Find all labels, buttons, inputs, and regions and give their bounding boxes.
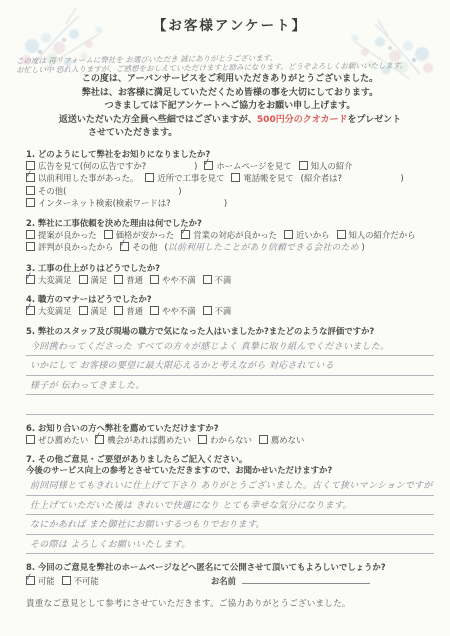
- checkbox-label: ぜひ薦めたい: [38, 435, 88, 445]
- question-options-row: 評判が良かったからその他(以前利用したことがあり信頼できる会社のため ): [26, 241, 434, 255]
- answer-line[interactable]: 様子が 伝わってきました。: [26, 378, 434, 396]
- question-options-row: 提案が良かった価格が安かった営業の対応が良かった近いから知人の紹介だから: [26, 229, 434, 242]
- page-title: 【お客様アンケート】: [26, 14, 434, 34]
- checkbox-label: インターネット検索(検索ワードは? ): [38, 198, 227, 208]
- checkbox-option-checked[interactable]: 以前利用した事があった。: [26, 172, 138, 185]
- question-options-row: 大変満足満足普通やや不満不満: [26, 274, 434, 287]
- checkbox-option-checked[interactable]: 営業の対応が良かった: [181, 229, 277, 242]
- intro-line1: この度は、アーバンサービスをご利用いただきありがとうございました。: [26, 73, 434, 87]
- question-block: 6. お知り合いの方へ弊社を薦めていただけますか?ぜひ薦めたい機会があれば薦めた…: [26, 423, 434, 447]
- checkbox-option[interactable]: やや不満: [150, 305, 196, 318]
- checkbox-icon: [26, 275, 35, 284]
- checkbox-icon: [26, 435, 35, 444]
- checkbox-option[interactable]: 評判が良かったから: [26, 241, 113, 254]
- checkbox-option[interactable]: 知人の紹介: [299, 160, 353, 173]
- question-block: 7. その他ご意見・ご要望がありましたらご記入ください。今後のサービス向上の参考…: [26, 454, 434, 554]
- answer-line[interactable]: 仕上げていただいた後は きれいで快適になり とても幸せな気分になります。: [26, 498, 434, 516]
- checkbox-label: 不満: [215, 306, 232, 316]
- intro-line4: 返送いただいた方全員へ些細ではございますが、500円分のクオカードをプレゼント: [26, 114, 434, 128]
- question-block: 1. どのようにして弊社をお知りになりましたか?広告を見て(何の広告ですか? )…: [26, 149, 434, 210]
- answer-line[interactable]: 前回同様とてもきれいに仕上げて下さり ありがとうございました。古くて狭いマンショ…: [26, 478, 434, 496]
- question-block: 2. 弊社に工事依頼を決めた理由は何でしたか?提案が良かった価格が安かった営業の…: [26, 218, 434, 255]
- checkbox-label: 満足: [91, 306, 108, 316]
- checkbox-option-checked[interactable]: 機会があれば薦めたい: [95, 434, 191, 447]
- handwritten-answer: 仕上げていただいた後は きれいで快適になり とても幸せな気分になります。: [30, 501, 352, 511]
- checkbox-label: 大変満足: [38, 275, 72, 285]
- checkbox-icon: [203, 306, 212, 315]
- checkbox-icon: [203, 275, 212, 284]
- checkbox-label: 可能: [38, 576, 55, 586]
- intro-line2: 弊社は、お客様に満足していただくため皆様の事を大切にしております。: [26, 87, 434, 101]
- checkbox-icon: [104, 230, 113, 239]
- checkbox-option[interactable]: 近所で工事を見て: [145, 172, 224, 185]
- checkbox-label: 機会があれば薦めたい: [107, 435, 191, 445]
- checkbox-option[interactable]: 不可能: [62, 575, 99, 588]
- question-options-row: 以前利用した事があった。近所で工事を見て電話帳を見て(紹介者は? ): [26, 172, 434, 185]
- checkbox-label: 評判が良かったから: [38, 242, 113, 252]
- handwritten-answer: 今回携わってくださった すべての方々が感じよく 真摯に取り組んでくださいました。: [30, 342, 389, 352]
- checkbox-option[interactable]: 不満: [203, 274, 232, 287]
- checkbox-icon: [145, 173, 154, 182]
- checkbox-option[interactable]: 広告を見て(何の広告ですか? ): [26, 160, 197, 173]
- name-field-label: お名前: [211, 576, 236, 586]
- checkbox-icon: [26, 242, 35, 251]
- handwritten-answer: いかにして お客様の要望に最大限応えるかと考えながら 対応されている: [30, 361, 334, 371]
- checkbox-option[interactable]: 普通: [114, 274, 143, 287]
- checkbox-option[interactable]: 価格が安かった: [104, 229, 175, 242]
- checkbox-label: 電話帳を見て: [243, 173, 293, 183]
- answer-line[interactable]: [26, 397, 434, 415]
- checkbox-label: 満足: [91, 275, 108, 285]
- checkbox-label: 近所で工事を見て: [157, 173, 224, 183]
- checkbox-label: やや不満: [162, 275, 196, 285]
- checkbox-option[interactable]: わからない: [198, 434, 252, 447]
- question-title: 3. 工事の仕上がりはどうでしたか?: [26, 263, 434, 274]
- answer-line[interactable]: なにかあれば また御社にお願いするつもりでおります。: [26, 517, 434, 535]
- handwritten-text: 以前利用したことがあり信頼できる会社のため: [168, 243, 359, 253]
- checkbox-option[interactable]: 普通: [114, 305, 143, 318]
- checkbox-icon: [114, 275, 123, 284]
- checkbox-label: 普通: [126, 275, 143, 285]
- question-block: 3. 工事の仕上がりはどうでしたか?大変満足満足普通やや不満不満: [26, 263, 434, 287]
- checkbox-label: 広告を見て(何の広告ですか? ): [38, 161, 197, 171]
- checkbox-label: 提案が良かった: [38, 230, 97, 240]
- checkbox-icon: [299, 161, 308, 170]
- checkbox-option[interactable]: 提案が良かった: [26, 229, 97, 242]
- checkbox-label: 近いから: [296, 230, 330, 240]
- checkbox-option-checked[interactable]: 大変満足: [26, 305, 72, 318]
- handwritten-answer: 様子が 伝わってきました。: [30, 381, 145, 391]
- handwritten-greeting: この度は 再リフォームに弊社を お選びいただき 誠にありがとうございます。 お忙…: [16, 51, 434, 74]
- answer-line[interactable]: いかにして お客様の要望に最大限応えるかと考えながら 対応されている: [26, 358, 434, 376]
- checkbox-icon: [79, 306, 88, 315]
- checkbox-option[interactable]: インターネット検索(検索ワードは? ): [26, 197, 227, 210]
- checkbox-option[interactable]: 近いから: [284, 229, 330, 242]
- intro-line3: つきましては下記アンケートへご協力をお願い申し上げます。: [26, 100, 434, 114]
- checkbox-label: やや不満: [162, 306, 196, 316]
- checkbox-icon: [26, 230, 35, 239]
- question-title: 7. その他ご意見・ご要望がありましたらご記入ください。: [26, 454, 434, 465]
- checkbox-icon: [337, 230, 346, 239]
- intro-paragraph: この度は、アーバンサービスをご利用いただきありがとうございました。 弊社は、お客…: [26, 73, 434, 141]
- printed-text: ): [359, 242, 365, 252]
- checkbox-icon: [181, 230, 190, 239]
- question-block: 8. 今回のご意見を弊社のホームページなどへ匿名にて公開させて頂いてもよろしいで…: [26, 562, 434, 588]
- checkbox-option-checked[interactable]: 可能: [26, 575, 55, 588]
- answer-line[interactable]: その際は よろしくお願いいたします。: [26, 537, 434, 555]
- question-options-row: 可能不可能お名前: [26, 573, 434, 588]
- checkbox-icon: [150, 275, 159, 284]
- checkbox-icon: [79, 275, 88, 284]
- question-title: 1. どのようにして弊社をお知りになりましたか?: [26, 149, 434, 160]
- question-subtitle: 今後のサービス向上の参考とさせていただきますので、お聞かせいただけますか?: [26, 465, 434, 476]
- checkbox-option-checked[interactable]: ホームページを見て: [204, 160, 291, 173]
- checkbox-icon: [26, 186, 35, 195]
- checkbox-label: 大変満足: [38, 306, 72, 316]
- present-line-post: をプレゼント: [347, 115, 401, 125]
- checkbox-option[interactable]: 電話帳を見て: [231, 172, 293, 185]
- checkbox-label: 薦めない: [271, 435, 305, 445]
- survey-scan-page: 【お客様アンケート】 この度は 再リフォームに弊社を お選びいただき 誠にありが…: [0, 0, 450, 636]
- checkbox-option[interactable]: やや不満: [150, 274, 196, 287]
- question-options-row: その他( ): [26, 185, 434, 198]
- checkbox-icon: [26, 198, 35, 207]
- checkbox-icon: [26, 173, 35, 182]
- checkbox-option-checked[interactable]: その他: [120, 241, 157, 254]
- checkbox-label: 営業の対応が良かった: [193, 230, 277, 240]
- checkbox-label: 不満: [215, 275, 232, 285]
- checkbox-label: ホームページを見て: [216, 161, 291, 171]
- checkbox-option[interactable]: 知人の紹介だから: [337, 229, 416, 242]
- checkbox-option[interactable]: 薦めない: [259, 434, 305, 447]
- question-block: 5. 弊社のスタッフ及び現場の職方で気になった人はいましたか?またどのような評価…: [26, 326, 434, 415]
- checkbox-label: その他: [132, 242, 157, 252]
- checkbox-icon: [114, 306, 123, 315]
- question-options-row: インターネット検索(検索ワードは? ): [26, 197, 434, 210]
- checkbox-option[interactable]: 満足: [79, 305, 108, 318]
- checkbox-label: 知人の紹介: [311, 161, 353, 171]
- checkbox-icon: [120, 242, 129, 251]
- checkbox-icon: [231, 173, 240, 182]
- checkbox-icon: [26, 576, 35, 585]
- checkbox-icon: [204, 161, 213, 170]
- quo-card-highlight: 500円分のクオカード: [257, 115, 348, 125]
- questions-section: 1. どのようにして弊社をお知りになりましたか?広告を見て(何の広告ですか? )…: [26, 149, 434, 588]
- checkbox-label: 普通: [126, 306, 143, 316]
- question-title: 5. 弊社のスタッフ及び現場の職方で気になった人はいましたか?またどのような評価…: [26, 326, 434, 337]
- checkbox-option[interactable]: 満足: [79, 274, 108, 287]
- checkbox-icon: [259, 435, 268, 444]
- question-title: 6. お知り合いの方へ弊社を薦めていただけますか?: [26, 423, 434, 434]
- checkbox-icon: [150, 306, 159, 315]
- intro-line5: させていただきます。: [26, 127, 434, 141]
- question-title: 8. 今回のご意見を弊社のホームページなどへ匿名にて公開させて頂いてもよろしいで…: [26, 562, 434, 573]
- checkbox-icon: [26, 306, 35, 315]
- checkbox-icon: [62, 576, 71, 585]
- checkbox-option[interactable]: その他( ): [26, 185, 181, 198]
- answer-line[interactable]: 今回携わってくださった すべての方々が感じよく 真摯に取り組んでくださいました。: [26, 339, 434, 357]
- question-title: 2. 弊社に工事依頼を決めた理由は何でしたか?: [26, 218, 434, 229]
- question-block: 4. 職方のマナーはどうでしたか?大変満足満足普通やや不満不満: [26, 294, 434, 318]
- checkbox-label: 不可能: [74, 576, 99, 586]
- checkbox-option[interactable]: ぜひ薦めたい: [26, 434, 88, 447]
- footer-note: 貴重なご意見として参考にさせていただきます。ご協力ありがとうございました。: [26, 597, 434, 609]
- question-options-row: ぜひ薦めたい機会があれば薦めたいわからない薦めない: [26, 434, 434, 447]
- checkbox-icon: [198, 435, 207, 444]
- checkbox-option-checked[interactable]: 大変満足: [26, 274, 72, 287]
- checkbox-label: わからない: [210, 435, 252, 445]
- handwritten-answer: 前回同様とてもきれいに仕上げて下さり ありがとうございました。古くて狭いマンショ…: [30, 481, 433, 491]
- handwritten-answer: なにかあれば また御社にお願いするつもりでおります。: [30, 520, 265, 530]
- checkbox-label: その他( ): [38, 186, 181, 196]
- handwritten-answer: その際は よろしくお願いいたします。: [30, 540, 191, 550]
- question-title: 4. 職方のマナーはどうでしたか?: [26, 294, 434, 305]
- checkbox-icon: [284, 230, 293, 239]
- checkbox-option[interactable]: 不満: [203, 305, 232, 318]
- name-input-line[interactable]: [242, 573, 370, 584]
- question-options-row: 広告を見て(何の広告ですか? )ホームページを見て知人の紹介: [26, 160, 434, 173]
- present-line-pre: 返送いただいた方全員へ些細ではございますが、: [59, 115, 257, 125]
- checkbox-label: 以前利用した事があった。: [38, 173, 138, 183]
- question-options-row: 大変満足満足普通やや不満不満: [26, 305, 434, 318]
- printed-text: (紹介者は? ): [301, 173, 404, 183]
- checkbox-icon: [95, 435, 104, 444]
- checkbox-label: 知人の紹介だから: [349, 230, 416, 240]
